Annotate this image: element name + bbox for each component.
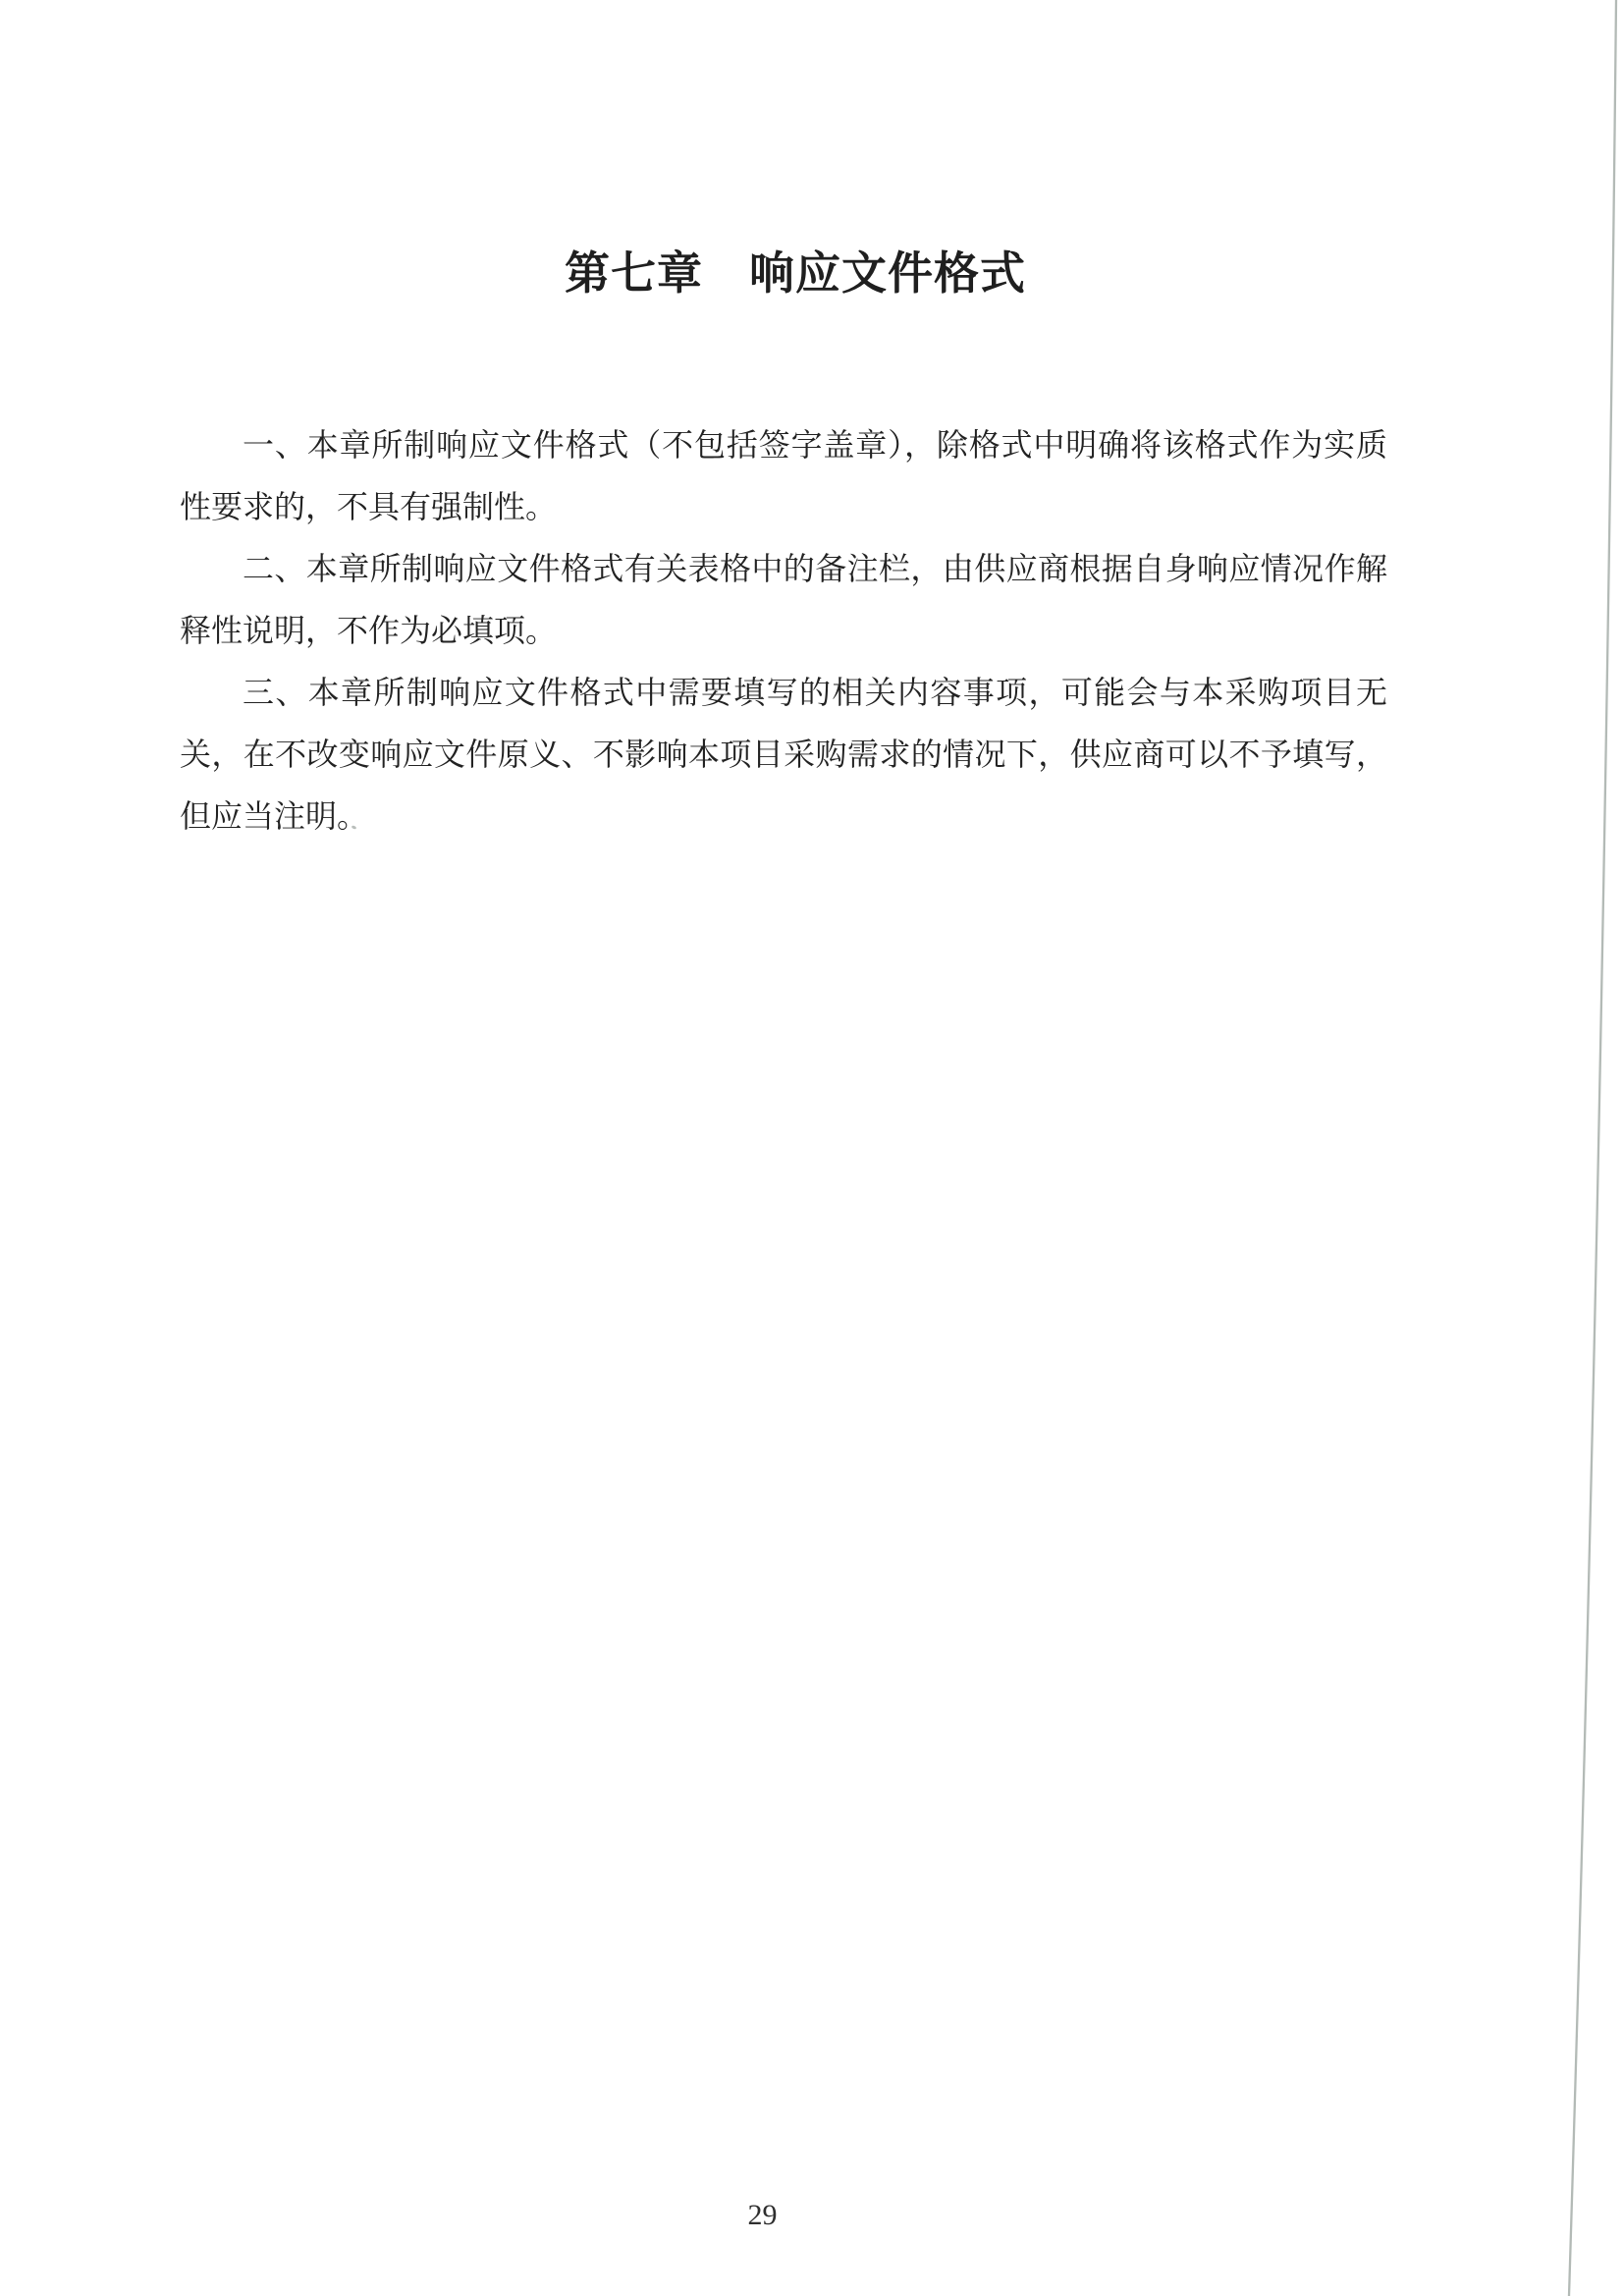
chapter-title: 第七章 响应文件格式	[0, 246, 1591, 302]
scanned-document-page: { "document": { "title": "第七章 响应文件格式", "…	[0, 0, 1623, 2296]
paragraph-2: 二、本章所制响应文件格式有关表格中的备注栏，由供应商根据自身响应情况作解释性说明…	[180, 538, 1387, 662]
page-number: 29	[0, 2198, 1525, 2233]
paragraph-3: 三、本章所制响应文件格式中需要填写的相关内容事项，可能会与本采购项目无关，在不改…	[180, 662, 1387, 847]
scan-artifact-line-path	[1569, 0, 1616, 2296]
paragraph-1: 一、本章所制响应文件格式（不包括签字盖章），除格式中明确将该格式作为实质性要求的…	[180, 414, 1387, 538]
scan-artifact-line	[0, 0, 1623, 2296]
document-body: 一、本章所制响应文件格式（不包括签字盖章），除格式中明确将该格式作为实质性要求的…	[180, 414, 1387, 847]
